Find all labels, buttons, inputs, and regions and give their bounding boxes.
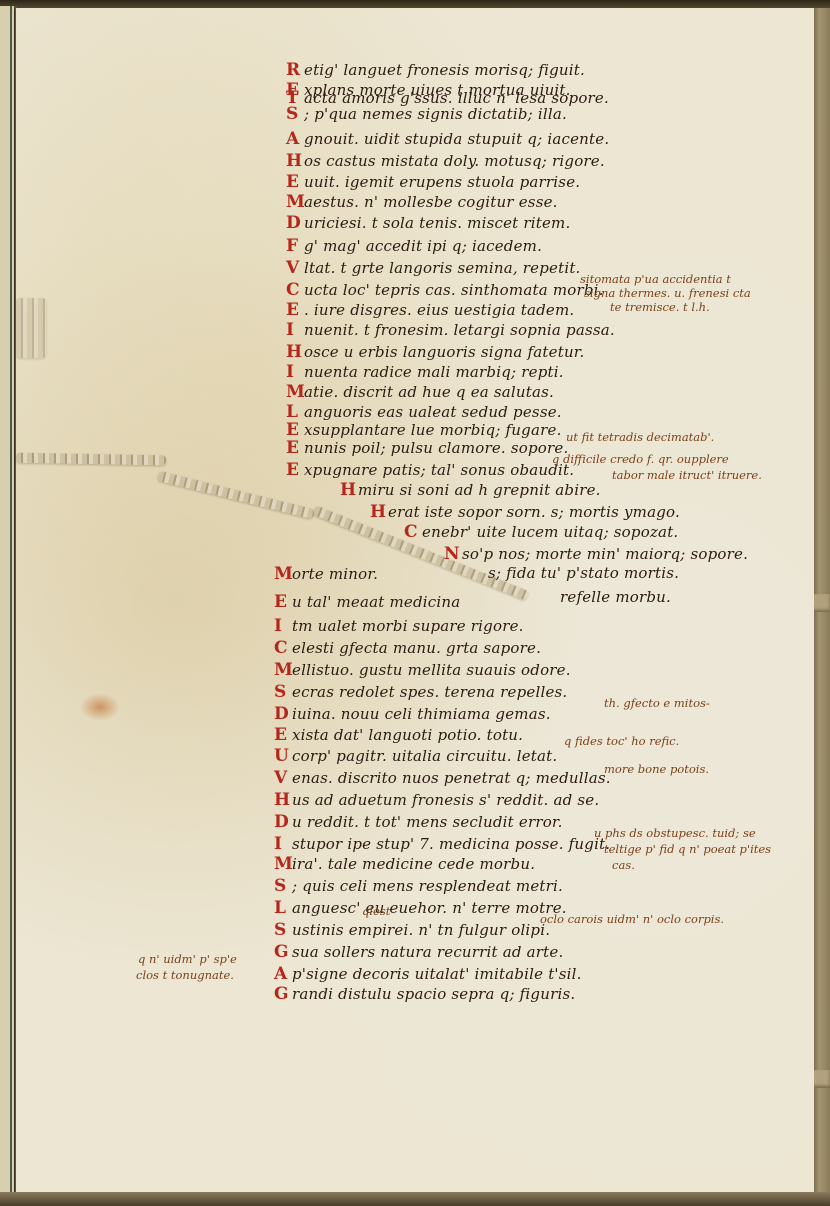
rubricated-initial: D [286, 213, 304, 233]
marginal-gloss: teltige p' fid q n' poeat p'ites [604, 842, 771, 856]
rubricated-initial: H [340, 480, 358, 500]
verse-line: Vltat. t grte langoris semina, repetit. [286, 258, 581, 278]
sewn-repair [16, 453, 166, 466]
verse-text: ellistuo. gustu mellita suauis odore. [292, 661, 571, 679]
verse-line: Secras redolet spes. terena repelles. [274, 682, 567, 702]
verse-text: nuenit. t fronesim. letargi sopnia passa… [304, 321, 615, 339]
marginal-gloss: q fides toc' ho refic. [564, 734, 679, 748]
verse-line: Maestus. n' mollesbe cogitur esse. [286, 192, 558, 212]
verse-line: Matie. discrit ad hue q ea salutas. [286, 382, 554, 402]
rubricated-initial: M [274, 660, 292, 680]
rubricated-initial: S [274, 920, 292, 940]
verse-line: Inuenta radice mali marbiq; repti. [286, 362, 564, 382]
rubricated-initial: N [444, 544, 462, 564]
rubricated-initial: E [274, 592, 292, 612]
rubricated-initial: E [286, 420, 304, 440]
verse-line: Eu tal' meaat medicina [274, 592, 460, 612]
marginal-gloss: th. gfecto e mitos- [604, 696, 710, 710]
rust-stain [80, 693, 120, 721]
rubricated-initial: V [274, 768, 292, 788]
verse-line: Gsua sollers natura recurrit ad arte. [274, 942, 563, 962]
verse-text: u reddit. t tot' mens secludit error. [292, 813, 563, 831]
verse-line: Venas. discrito nuos penetrat q; medulla… [274, 768, 611, 788]
verse-line: s; fida tu' p'stato mortis. [488, 564, 679, 582]
verse-text: randi distulu spacio sepra q; figuris. [292, 985, 575, 1003]
verse-text: gnouit. uidit stupida stupuit q; iacente… [304, 130, 609, 148]
verse-line: S; p'qua nemes signis dictatib; illa. [286, 104, 567, 124]
verse-line: Explans morte uiues t mortua uiuit. [286, 80, 571, 100]
verse-line: Grandi distulu spacio sepra q; figuris. [274, 984, 575, 1004]
verse-text: anguoris eas ualeat sedud pesse. [304, 403, 562, 421]
verse-line: Mira'. tale medicine cede morbu. [274, 854, 535, 874]
verse-line: Hos castus mistata doly. motusq; rigore. [286, 151, 605, 171]
marginal-gloss: cas. [612, 858, 635, 872]
verse-text: etig' languet fronesis morisq; figuit. [304, 61, 585, 79]
rubricated-initial: I [274, 834, 292, 854]
verse-line: Agnouit. uidit stupida stupuit q; iacent… [286, 129, 609, 149]
verse-text: ltat. t grte langoris semina, repetit. [304, 259, 581, 277]
marginal-gloss: qlest [362, 904, 390, 918]
verse-text: osce u erbis languoris signa fatetur. [304, 343, 585, 361]
rubricated-initial: H [274, 790, 292, 810]
verse-line: Enunis poil; pulsu clamore. sopore. [286, 438, 568, 458]
verse-line: Hmiru si soni ad h grepnit abire. [340, 480, 601, 500]
verse-text: g' mag' accedit ipi q; iacedem. [304, 237, 542, 255]
verse-line: Languesc' eu euehor. n' terre motre. [274, 898, 567, 918]
rubricated-initial: D [274, 704, 292, 724]
verse-text: corp' pagitr. uitalia circuitu. letat. [292, 747, 557, 765]
verse-text: orte minor. [292, 565, 378, 583]
verse-line: Ucorp' pagitr. uitalia circuitu. letat. [274, 746, 557, 766]
verse-line: Retig' languet fronesis morisq; figuit. [286, 60, 585, 80]
verse-text: os castus mistata doly. motusq; rigore. [304, 152, 605, 170]
verse-line: Expugnare patis; tal' sonus obaudit. [286, 460, 574, 480]
rubricated-initial: S [286, 104, 304, 124]
verse-text: uriciesi. t sola tenis. miscet ritem. [304, 214, 570, 232]
verse-text: ; quis celi mens resplendeat metri. [292, 877, 563, 895]
rubricated-initial: U [274, 746, 292, 766]
verse-line: Exista dat' languoti potio. totu. [274, 725, 523, 745]
verse-line: Istupor ipe stup' 7. medicina posse. fug… [274, 834, 610, 854]
verse-line: Cenebr' uite lucem uitaq; sopozat. [404, 522, 678, 542]
rubricated-initial: E [274, 725, 292, 745]
rubricated-initial: I [286, 362, 304, 382]
marginal-gloss: more bone potois. [604, 762, 709, 776]
scan-bottom-edge [0, 1192, 830, 1206]
marginal-gloss: te tremisce. t l.h. [610, 300, 710, 314]
verse-line: Itm ualet morbi supare rigore. [274, 616, 524, 636]
marginal-gloss: ut fit tetradis decimatab'. [566, 430, 714, 444]
rubricated-initial: G [274, 942, 292, 962]
rubricated-initial: M [286, 382, 304, 402]
verse-text: xpugnare patis; tal' sonus obaudit. [304, 461, 574, 479]
verse-text: tm ualet morbi supare rigore. [292, 617, 524, 635]
verse-line: Euuit. igemit erupens stuola parrise. [286, 172, 580, 192]
verse-text: ecras redolet spes. terena repelles. [292, 683, 567, 701]
verse-text: us ad aduetum fronesis s' reddit. ad se. [292, 791, 599, 809]
marginal-gloss: clos t tonugnate. [136, 968, 234, 982]
rubricated-initial: S [274, 876, 292, 896]
verse-line: S; quis celi mens resplendeat metri. [274, 876, 563, 896]
verse-text: u tal' meaat medicina [292, 593, 460, 611]
marginal-gloss: tabor male itruct' itruere. [612, 468, 762, 482]
rubricated-initial: M [274, 854, 292, 874]
rubricated-initial: E [286, 460, 304, 480]
rubricated-initial: H [286, 151, 304, 171]
marginal-gloss: signa thermes. u. frenesi cta [584, 286, 751, 300]
rubricated-initial: I [274, 616, 292, 636]
marginal-gloss: oclo carois uidm' n' oclo corpis. [540, 912, 724, 926]
verse-text: enebr' uite lucem uitaq; sopozat. [422, 523, 678, 541]
verse-line: Morte minor. [274, 564, 378, 584]
gutter-rule-line [10, 6, 12, 1198]
rubricated-initial: R [286, 60, 304, 80]
marginal-gloss: q difficile credo f. qr. oupplere [552, 452, 729, 466]
verse-line: Languoris eas ualeat sedud pesse. [286, 402, 562, 422]
verse-line: Herat iste sopor sorn. s; mortis ymago. [370, 502, 680, 522]
verse-line: Sustinis empirei. n' tn fulgur olipi. [274, 920, 550, 940]
rubricated-initial: A [274, 964, 292, 984]
rubricated-initial: C [274, 638, 292, 658]
marginal-gloss: sitomata p'ua accidentia t [580, 272, 731, 286]
verse-line: E. iure disgres. eius uestigia tadem. [286, 300, 574, 320]
rubricated-initial: I [286, 320, 304, 340]
verse-text: xsupplantare lue morbiq; fugare. [304, 421, 562, 439]
rubricated-initial: V [286, 258, 304, 278]
verse-text: atie. discrit ad hue q ea salutas. [304, 383, 554, 401]
rubricated-initial: E [286, 438, 304, 458]
verse-text: iuina. nouu celi thimiama gemas. [292, 705, 551, 723]
verse-text: erat iste sopor sorn. s; mortis ymago. [388, 503, 680, 521]
rubricated-initial: C [286, 280, 304, 300]
verse-text: nuenta radice mali marbiq; repti. [304, 363, 564, 381]
rubricated-initial: E [286, 80, 304, 100]
torn-margin [16, 298, 46, 358]
verse-line: Exsupplantare lue morbiq; fugare. [286, 420, 562, 440]
verse-text: miru si soni ad h grepnit abire. [358, 481, 601, 499]
verse-line: Hus ad aduetum fronesis s' reddit. ad se… [274, 790, 599, 810]
marginal-gloss: q n' uidm' p' sp'e [138, 952, 237, 966]
verse-line: Nso'p nos; morte min' maiorq; sopore. [444, 544, 748, 564]
verse-line: Celesti gfecta manu. grta sapore. [274, 638, 541, 658]
verse-text: enas. discrito nuos penetrat q; medullas… [292, 769, 611, 787]
verse-text: xplans morte uiues t mortua uiuit. [304, 81, 571, 99]
verse-text: ira'. tale medicine cede morbu. [292, 855, 535, 873]
verse-line: refelle morbu. [560, 588, 671, 606]
rubricated-initial: C [404, 522, 422, 542]
verse-text: elesti gfecta manu. grta sapore. [292, 639, 541, 657]
rubricated-initial: L [286, 402, 304, 422]
rubricated-initial: E [286, 300, 304, 320]
rubricated-initial: E [286, 172, 304, 192]
verse-line: Inuenit. t fronesim. letargi sopnia pass… [286, 320, 615, 340]
marginal-gloss: u phs ds obstupesc. tuid; se [594, 826, 756, 840]
verse-text: nunis poil; pulsu clamore. sopore. [304, 439, 568, 457]
verse-text: stupor ipe stup' 7. medicina posse. fugi… [292, 835, 610, 853]
verse-text: sua sollers natura recurrit ad arte. [292, 943, 563, 961]
verse-text: . iure disgres. eius uestigia tadem. [304, 301, 574, 319]
verse-text: ucta loc' tepris cas. sinthomata morbi. [304, 281, 604, 299]
verse-line: Du reddit. t tot' mens secludit error. [274, 812, 563, 832]
verse-text: ustinis empirei. n' tn fulgur olipi. [292, 921, 550, 939]
rubricated-initial: H [370, 502, 388, 522]
rubricated-initial: F [286, 236, 304, 256]
verse-line: Mellistuo. gustu mellita suauis odore. [274, 660, 571, 680]
rubricated-initial: L [274, 898, 292, 918]
verse-line: Fg' mag' accedit ipi q; iacedem. [286, 236, 542, 256]
verse-text: ; p'qua nemes signis dictatib; illa. [304, 105, 567, 123]
verse-text: aestus. n' mollesbe cogitur esse. [304, 193, 558, 211]
verse-line: Cucta loc' tepris cas. sinthomata morbi. [286, 280, 604, 300]
verse-text: p'signe decoris uitalat' imitabile t'sil… [292, 965, 582, 983]
rubricated-initial: S [274, 682, 292, 702]
rubricated-initial: G [274, 984, 292, 1004]
rubricated-initial: M [274, 564, 292, 584]
rubricated-initial: H [286, 342, 304, 362]
verse-text: refelle morbu. [560, 588, 671, 606]
verse-text: xista dat' languoti potio. totu. [292, 726, 523, 744]
verse-line: Ap'signe decoris uitalat' imitabile t'si… [274, 964, 582, 984]
rubricated-initial: A [286, 129, 304, 149]
verse-line: Hosce u erbis languoris signa fatetur. [286, 342, 585, 362]
rubricated-initial: D [274, 812, 292, 832]
verse-text: so'p nos; morte min' maiorq; sopore. [462, 545, 748, 563]
verse-text: s; fida tu' p'stato mortis. [488, 564, 679, 582]
verse-text: anguesc' eu euehor. n' terre motre. [292, 899, 567, 917]
verse-text: uuit. igemit erupens stuola parrise. [304, 173, 580, 191]
verse-line: Duriciesi. t sola tenis. miscet ritem. [286, 213, 570, 233]
verse-line: Diuina. nouu celi thimiama gemas. [274, 704, 551, 724]
rubricated-initial: M [286, 192, 304, 212]
